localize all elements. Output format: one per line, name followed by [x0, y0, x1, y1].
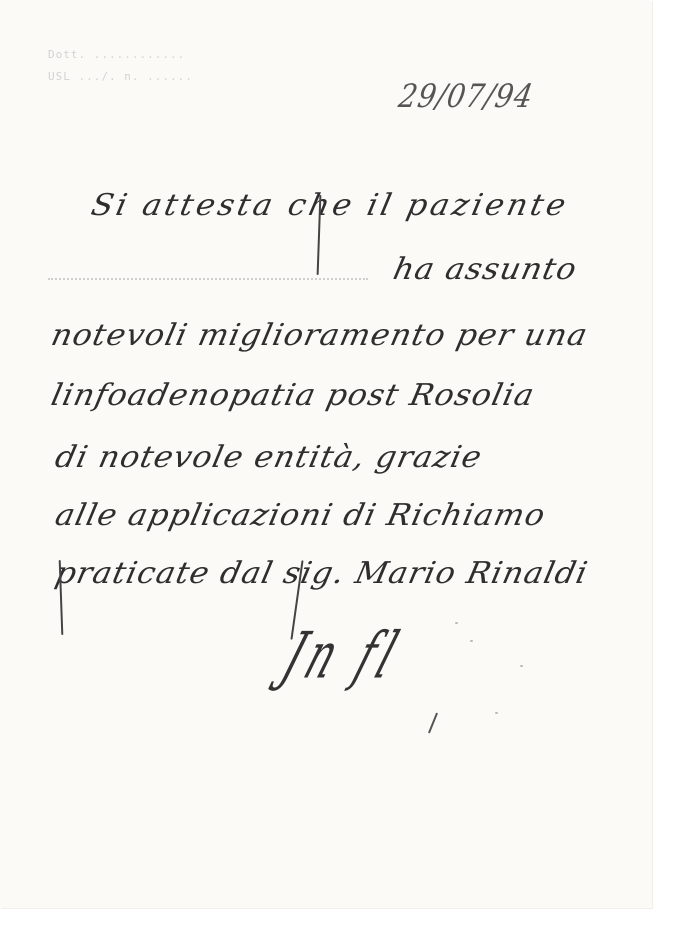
signature: Jn fl	[273, 620, 412, 694]
body-line-2: ha assunto	[390, 252, 580, 287]
letterhead-stamp: Dott. ............ USL .../. n. ......	[48, 44, 193, 88]
paper-speck	[520, 665, 523, 667]
letterhead-line-2: USL .../. n. ......	[48, 66, 193, 88]
document-date: 29/07/94	[396, 77, 536, 115]
body-line-1: Si attesta che il paziente	[88, 188, 572, 223]
signature-tick	[428, 712, 438, 733]
paper-speck	[495, 712, 498, 714]
redacted-name-field	[48, 278, 368, 280]
body-line-6: alle applicazioni di Richiamo	[52, 498, 549, 533]
body-line-4: linfoadenopatia post Rosolia	[48, 378, 538, 413]
body-line-5: di notevole entità, grazie	[52, 440, 485, 475]
body-line-7: praticate dal sig. Mario Rinaldi	[52, 556, 591, 591]
letterhead-line-1: Dott. ............	[48, 44, 193, 66]
paper-speck	[455, 622, 458, 624]
paper-sheet: Dott. ............ USL .../. n. ...... 2…	[0, 0, 652, 908]
paper-speck	[470, 640, 473, 642]
body-line-3: notevoli miglioramento per una	[48, 318, 591, 353]
